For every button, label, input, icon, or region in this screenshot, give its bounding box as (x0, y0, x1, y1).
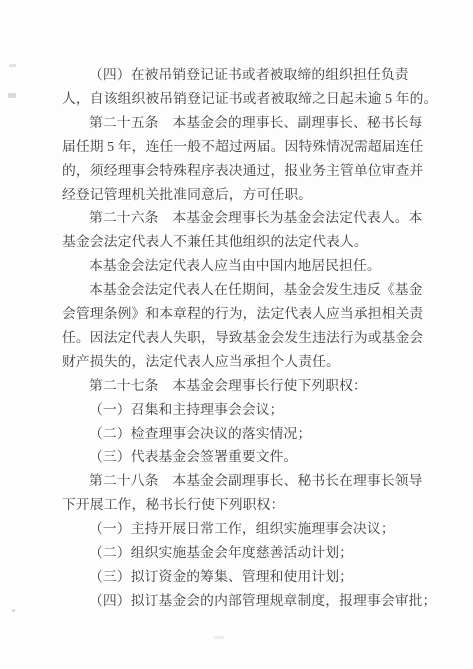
text-line-6: 经登记管理机关批准同意后，方可任职。 (62, 183, 424, 207)
text-line-3: 第二十五条 本基金会的理事长、副理事长、秘书长每 (62, 111, 424, 135)
document-text-block: （四）在被吊销登记证书或者被取缔的组织担任负责人，自该组织被吊销登记证书或者被取… (0, 0, 473, 669)
text-line-13: 财产损失的，法定代表人应当承担个人责任。 (62, 350, 424, 374)
scan-artifact (12, 609, 15, 612)
text-line-20: （一）主持开展日常工作，组织实施理事会决议； (62, 517, 424, 541)
scan-artifact (214, 636, 224, 639)
text-line-1: （四）在被吊销登记证书或者被取缔的组织担任负责 (62, 63, 424, 87)
text-line-9: 本基金会法定代表人应当由中国内地居民担任。 (62, 254, 424, 278)
text-line-12: 任。因法定代表人失职，导致基金会发生违法行为或基金会 (62, 326, 424, 350)
text-line-18: 第二十八条 本基金会副理事长、秘书长在理事长领导 (62, 469, 424, 493)
text-line-10: 本基金会法定代表人在任期间，基金会发生违反《基金 (62, 278, 424, 302)
text-line-23: （四）拟订基金会的内部管理规章制度，报理事会审批； (62, 589, 424, 613)
text-line-2: 人，自该组织被吊销登记证书或者被取缔之日起未逾 5 年的。 (62, 87, 424, 111)
text-line-5: 的，须经理事会特殊程序表决通过，报业务主管单位审查并 (62, 159, 424, 183)
text-line-4: 届任期 5 年，连任一般不超过两届。因特殊情况需超届连任 (62, 135, 424, 159)
document-page: （四）在被吊销登记证书或者被取缔的组织担任负责人，自该组织被吊销登记证书或者被取… (0, 0, 473, 669)
text-line-14: 第二十七条 本基金会理事长行使下列职权： (62, 374, 424, 398)
text-line-19: 下开展工作，秘书长行使下列职权： (62, 493, 424, 517)
text-line-16: （二）检查理事会决议的落实情况； (62, 422, 424, 446)
text-line-7: 第二十六条 本基金会理事长为基金会法定代表人。本 (62, 206, 424, 230)
text-line-17: （三）代表基金会签署重要文件。 (62, 445, 424, 469)
scan-artifact (9, 64, 16, 67)
text-line-21: （二）组织实施基金会年度慈善活动计划； (62, 541, 424, 565)
text-line-11: 会管理条例》和本章程的行为，法定代表人应当承担相关责 (62, 302, 424, 326)
text-line-22: （三）拟订资金的筹集、管理和使用计划； (62, 565, 424, 589)
scan-artifact (8, 93, 16, 98)
text-line-8: 基金会法定代表人不兼任其他组织的法定代表人。 (62, 230, 424, 254)
text-line-15: （一）召集和主持理事会会议； (62, 398, 424, 422)
